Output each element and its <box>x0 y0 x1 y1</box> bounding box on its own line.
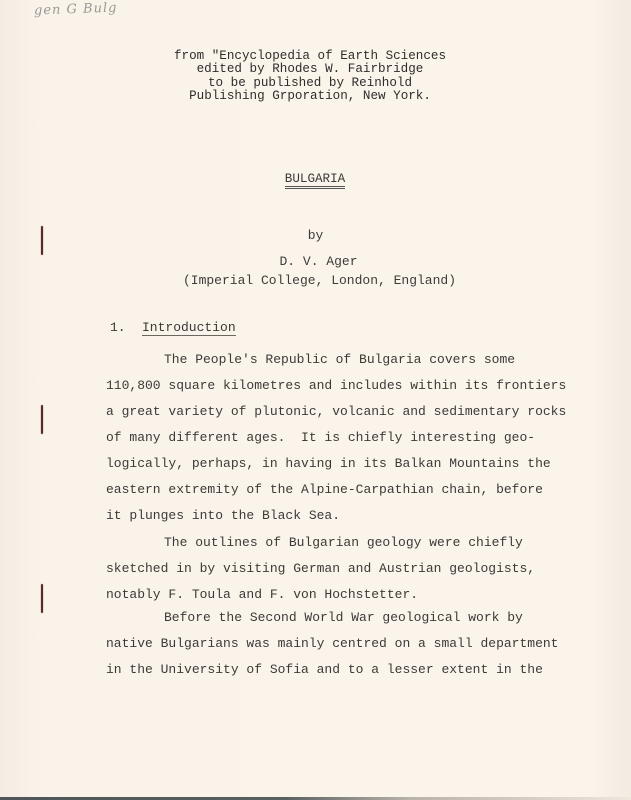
section-title: Introduction <box>142 320 236 336</box>
paragraph-3: Before the Second World War geological w… <box>106 610 596 685</box>
document-page: gen G Bulg from "Encyclopedia of Earth S… <box>0 0 631 798</box>
text-line: of many different ages. It is chiefly in… <box>106 430 535 445</box>
section-number: 1. <box>110 320 142 335</box>
byline-by: by <box>0 228 631 243</box>
binding-stitch-mark <box>41 405 43 434</box>
source-note-line: Publishing Grporation, New York. <box>160 90 460 103</box>
author-name: D. V. Ager <box>3 254 631 269</box>
paragraph-1: The People's Republic of Bulgaria covers… <box>106 352 596 487</box>
text-line: it plunges into the Black Sea. <box>106 508 340 523</box>
text-line: The outlines of Bulgarian geology were c… <box>164 535 523 550</box>
text-line: notably F. Toula and F. von Hochstetter. <box>106 587 418 602</box>
document-title: BULGARIA <box>285 172 345 189</box>
source-note-line: from "Encyclopedia of Earth Sciences <box>160 50 460 63</box>
section-heading: 1.Introduction <box>110 320 236 335</box>
text-line: native Bulgarians was mainly centred on … <box>106 636 558 651</box>
text-line: 110,800 square kilometres and includes w… <box>106 378 566 393</box>
binding-stitch-mark <box>41 226 43 255</box>
handwritten-annotation: gen G Bulg <box>34 1 118 19</box>
source-note-line: edited by Rhodes W. Fairbridge <box>160 63 460 76</box>
author-affiliation: (Imperial College, London, England) <box>4 273 631 288</box>
document-title-container: BULGARIA <box>0 172 631 189</box>
binding-stitch-mark <box>41 584 43 613</box>
text-line: The People's Republic of Bulgaria covers… <box>164 352 515 367</box>
text-line: a great variety of plutonic, volcanic an… <box>106 404 566 419</box>
text-line: Before the Second World War geological w… <box>164 610 523 625</box>
text-line: logically, perhaps, in having in its Bal… <box>106 456 551 471</box>
text-line: in the University of Sofia and to a less… <box>106 662 543 677</box>
paragraph-2: The outlines of Bulgarian geology were c… <box>106 535 596 610</box>
source-note-line: to be published by Reinhold <box>160 77 460 90</box>
source-note: from "Encyclopedia of Earth Sciences edi… <box>160 50 460 103</box>
text-line: sketched in by visiting German and Austr… <box>106 561 535 576</box>
text-line: eastern extremity of the Alpine-Carpathi… <box>106 482 543 497</box>
